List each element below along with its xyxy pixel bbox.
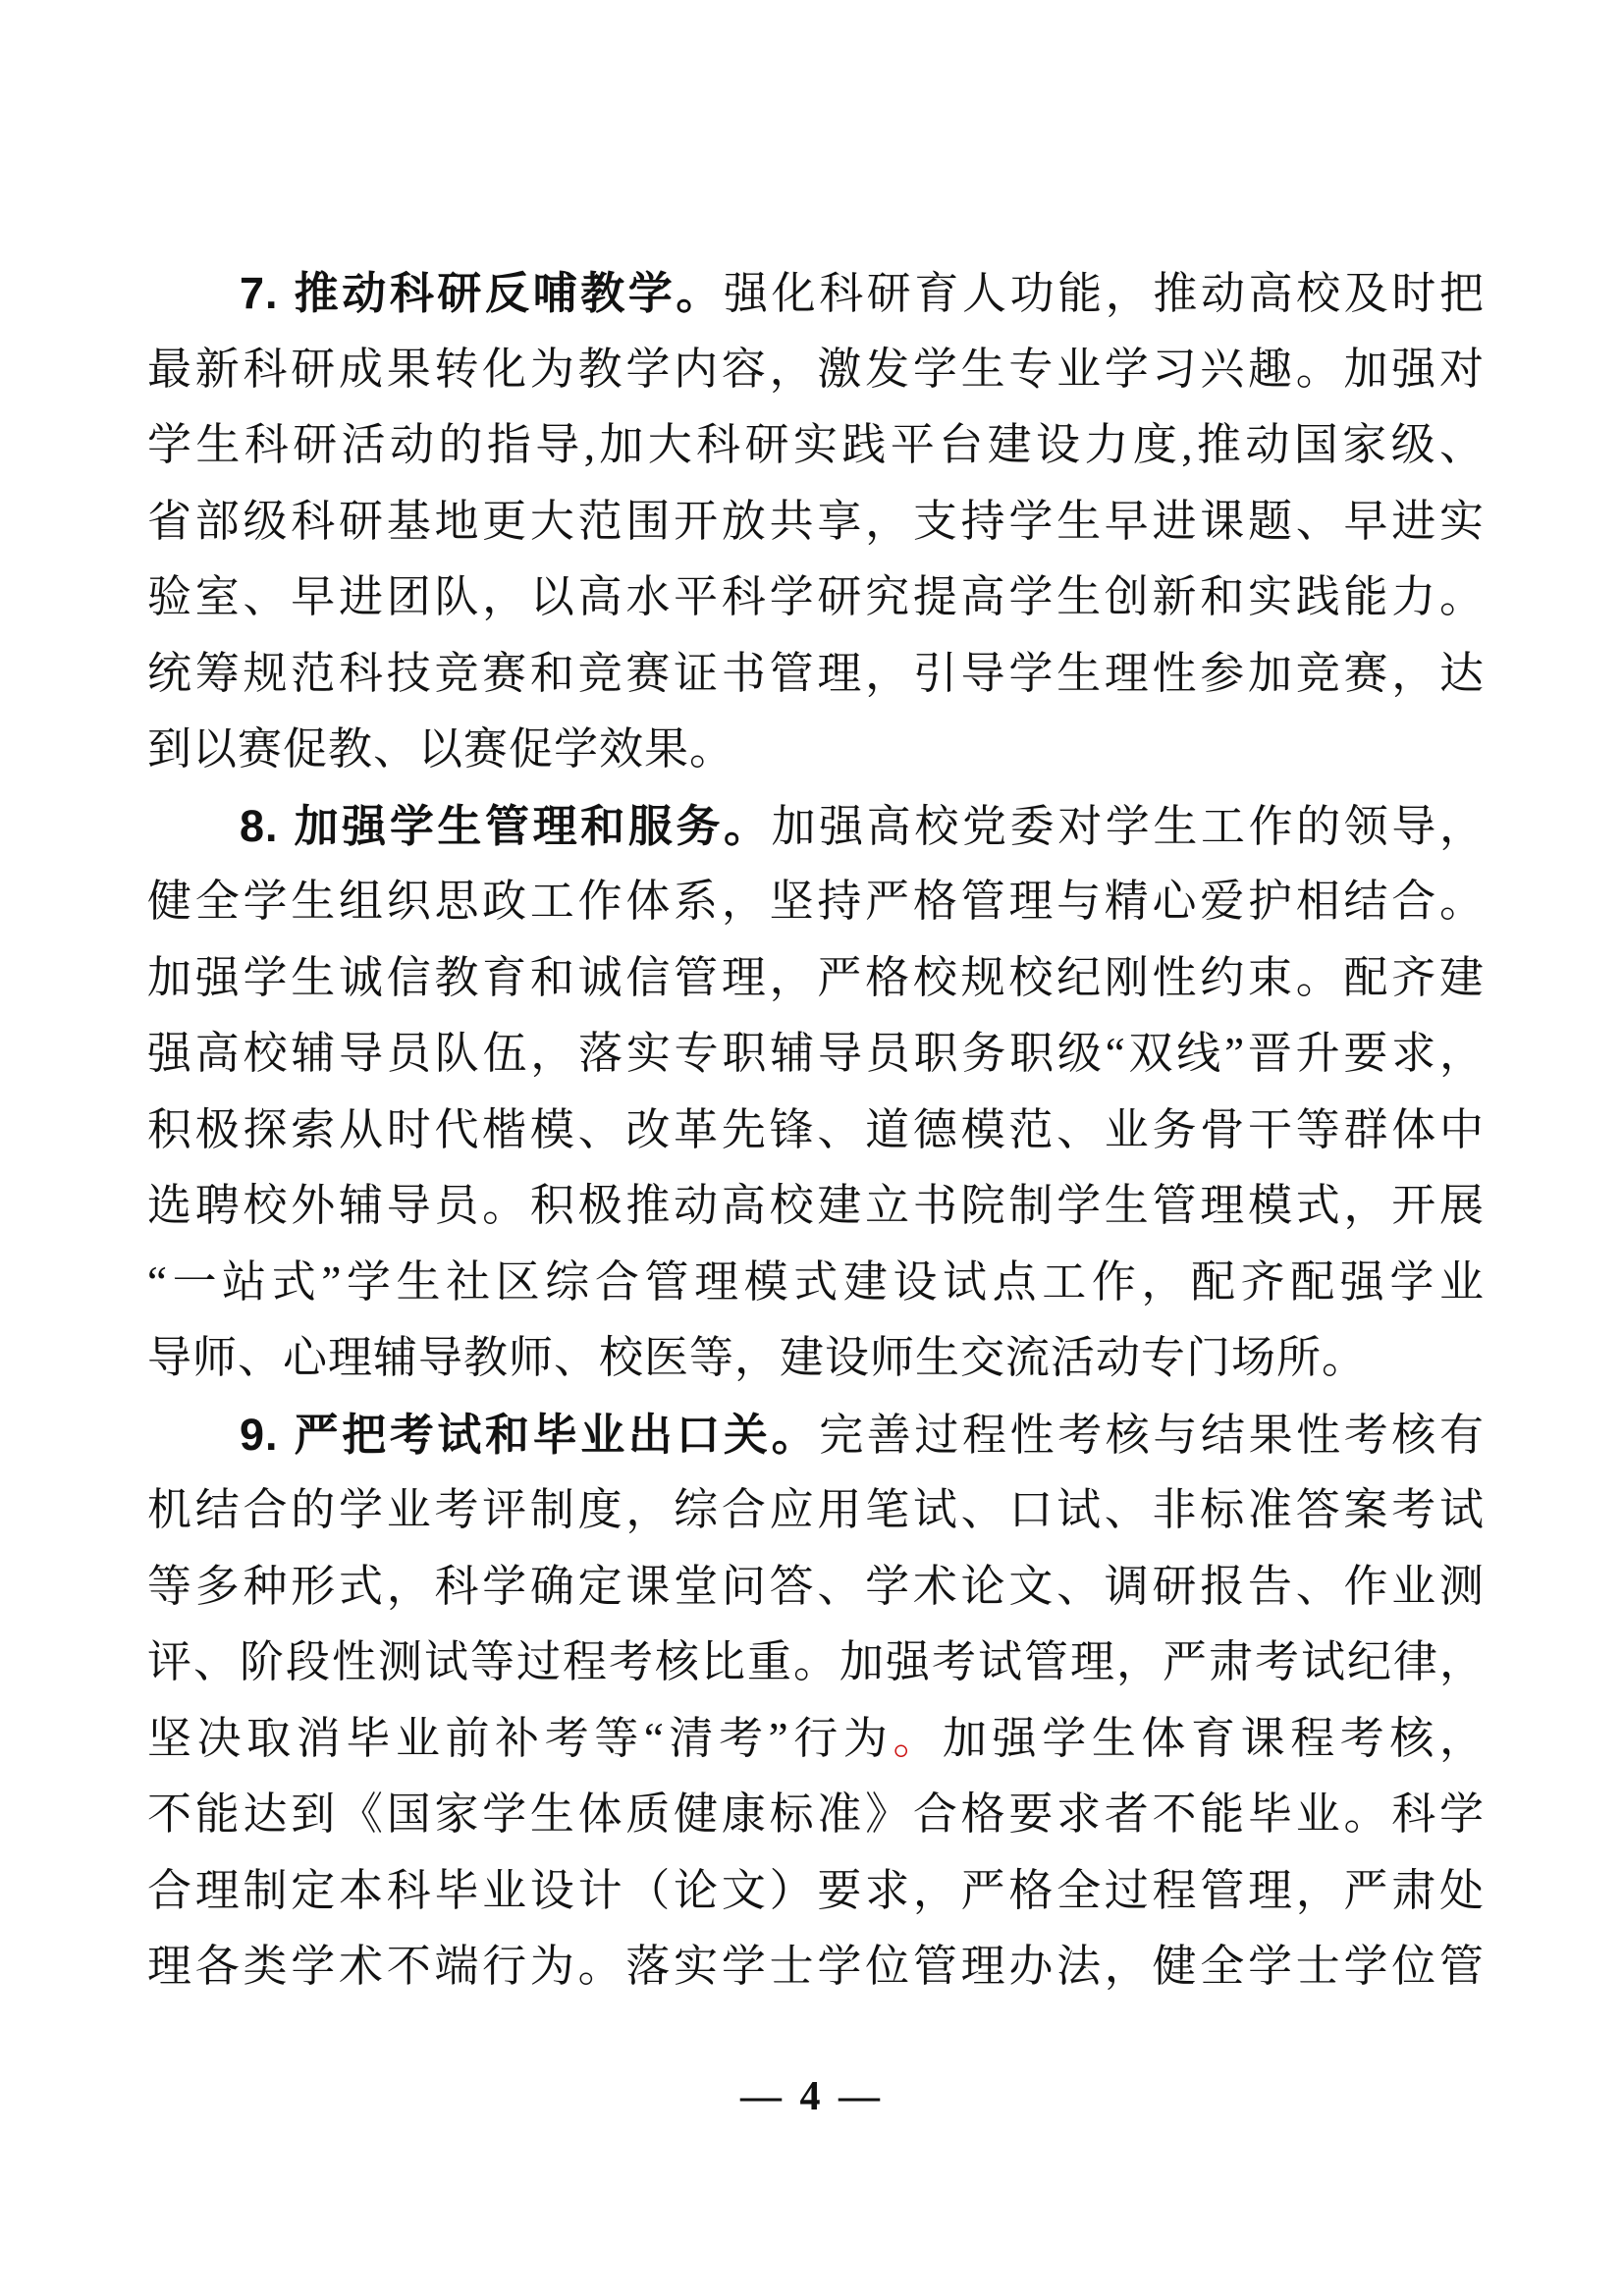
- text-line: 积极探索从时代楷模、改革先锋、道德模范、业务骨干等群体中: [147, 1093, 1485, 1169]
- red-period: 。: [893, 1714, 943, 1763]
- text-segment: 强化科研育人功能，推动高校及时把: [724, 269, 1485, 318]
- page-number: — 4 —: [740, 2074, 884, 2119]
- text-segment: “一站式”学生社区综合管理模式建设试点工作，配齐配强学业: [147, 1257, 1485, 1307]
- text-line: 强高校辅导员队伍，落实专职辅导员职务职级“双线”晋升要求，: [147, 1016, 1485, 1093]
- text-segment: 坚决取消毕业前补考等“清考”行为: [147, 1714, 893, 1763]
- text-line: 评、阶段性测试等过程考核比重。加强考试管理，严肃考试纪律，: [147, 1625, 1485, 1701]
- text-line: 健全学生组织思政工作体系，坚持严格管理与精心爱护相结合。: [147, 864, 1485, 940]
- text-line: 省部级科研基地更大范围开放共享，支持学生早进课题、早进实: [147, 484, 1485, 561]
- text-segment: 加强学生体育课程考核，: [943, 1714, 1485, 1763]
- text-segment: 选聘校外辅导员。积极推动高校建立书院制学生管理模式，开展: [147, 1181, 1485, 1230]
- text-segment: 到以赛促教、以赛促学效果。: [147, 724, 734, 774]
- text-segment: 健全学生组织思政工作体系，坚持严格管理与精心爱护相结合。: [147, 877, 1485, 926]
- text-line: 验室、早进团队，以高水平科学研究提高学生创新和实践能力。: [147, 560, 1485, 636]
- paragraph-heading: 7. 推动科研反哺教学。: [240, 268, 724, 318]
- text-line: 合理制定本科毕业设计（论文）要求，严格全过程管理，严肃处: [147, 1853, 1485, 1930]
- text-segment: 理各类学术不端行为。落实学士学位管理办法，健全学士学位管: [147, 1942, 1485, 1991]
- text-segment: 不能达到《国家学生体质健康标准》合格要求者不能毕业。科学: [147, 1789, 1485, 1839]
- text-line: 最新科研成果转化为教学内容，激发学生专业学习兴趣。加强对: [147, 332, 1485, 408]
- text-segment: 强高校辅导员队伍，落实专职辅导员职务职级“双线”晋升要求，: [147, 1029, 1485, 1078]
- document-page: 7. 推动科研反哺教学。强化科研育人功能，推动高校及时把最新科研成果转化为教学内…: [0, 0, 1624, 2296]
- text-segment: 完善过程性考核与结果性考核有: [819, 1411, 1485, 1460]
- text-segment: 评、阶段性测试等过程考核比重。加强考试管理，严肃考试纪律，: [147, 1637, 1485, 1686]
- paragraph-heading: 9. 严把考试和毕业出口关。: [240, 1410, 819, 1460]
- text-segment: 合理制定本科毕业设计（论文）要求，严格全过程管理，严肃处: [147, 1866, 1485, 1915]
- text-line: 不能达到《国家学生体质健康标准》合格要求者不能毕业。科学: [147, 1777, 1485, 1853]
- text-segment: 省部级科研基地更大范围开放共享，支持学生早进课题、早进实: [147, 497, 1485, 546]
- text-line: “一站式”学生社区综合管理模式建设试点工作，配齐配强学业: [147, 1245, 1485, 1321]
- text-segment: 验室、早进团队，以高水平科学研究提高学生创新和实践能力。: [147, 572, 1485, 621]
- paragraph-heading: 8. 加强学生管理和服务。: [240, 801, 772, 851]
- text-line: 到以赛促教、以赛促学效果。: [147, 712, 1485, 788]
- text-line: 7. 推动科研反哺教学。强化科研育人功能，推动高校及时把: [147, 255, 1485, 332]
- text-line: 8. 加强学生管理和服务。加强高校党委对学生工作的领导，: [147, 788, 1485, 865]
- text-segment: 学生科研活动的指导,加大科研实践平台建设力度,推动国家级、: [147, 420, 1485, 469]
- text-line: 坚决取消毕业前补考等“清考”行为。加强学生体育课程考核，: [147, 1701, 1485, 1778]
- text-line: 理各类学术不端行为。落实学士学位管理办法，健全学士学位管: [147, 1929, 1485, 2005]
- text-segment: 积极探索从时代楷模、改革先锋、道德模范、业务骨干等群体中: [147, 1105, 1485, 1154]
- text-segment: 机结合的学业考评制度，综合应用笔试、口试、非标准答案考试: [147, 1485, 1485, 1534]
- text-line: 统筹规范科技竞赛和竞赛证书管理，引导学生理性参加竞赛，达: [147, 636, 1485, 713]
- text-line: 机结合的学业考评制度，综合应用笔试、口试、非标准答案考试: [147, 1472, 1485, 1549]
- text-line: 等多种形式，科学确定课堂问答、学术论文、调研报告、作业测: [147, 1549, 1485, 1626]
- text-line: 选聘校外辅导员。积极推动高校建立书院制学生管理模式，开展: [147, 1168, 1485, 1245]
- text-segment: 导师、心理辅导教师、校医等，建设师生交流活动专门场所。: [147, 1333, 1367, 1382]
- page-footer: — 4 —: [0, 2067, 1624, 2126]
- text-segment: 统筹规范科技竞赛和竞赛证书管理，引导学生理性参加竞赛，达: [147, 649, 1485, 698]
- text-segment: 最新科研成果转化为教学内容，激发学生专业学习兴趣。加强对: [147, 345, 1485, 394]
- document-body: 7. 推动科研反哺教学。强化科研育人功能，推动高校及时把最新科研成果转化为教学内…: [147, 255, 1485, 2005]
- text-segment: 加强学生诚信教育和诚信管理，严格校规校纪刚性约束。配齐建: [147, 953, 1485, 1002]
- text-line: 学生科研活动的指导,加大科研实践平台建设力度,推动国家级、: [147, 407, 1485, 484]
- text-segment: 加强高校党委对学生工作的领导，: [772, 802, 1485, 851]
- text-line: 加强学生诚信教育和诚信管理，严格校规校纪刚性约束。配齐建: [147, 940, 1485, 1017]
- text-line: 导师、心理辅导教师、校医等，建设师生交流活动专门场所。: [147, 1320, 1485, 1397]
- text-segment: 等多种形式，科学确定课堂问答、学术论文、调研报告、作业测: [147, 1562, 1485, 1611]
- text-line: 9. 严把考试和毕业出口关。完善过程性考核与结果性考核有: [147, 1397, 1485, 1473]
